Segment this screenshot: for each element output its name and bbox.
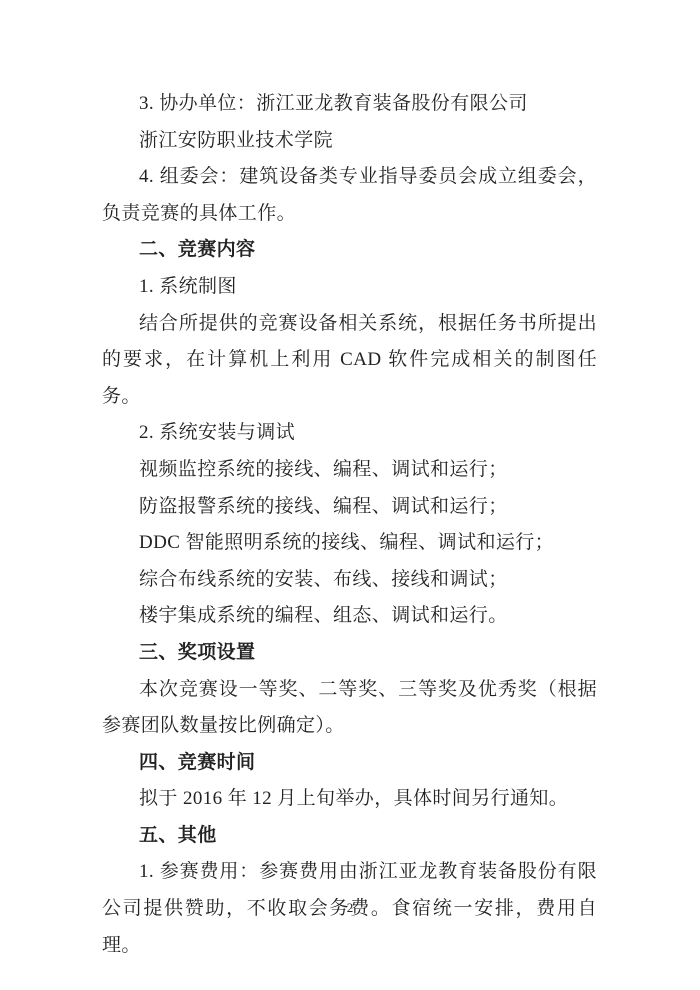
body-paragraph: 2. 系统安装与调试 <box>102 415 597 452</box>
body-paragraph: 综合布线系统的安装、布线、接线和调试； <box>102 562 597 599</box>
body-paragraph: 4. 组委会：建筑设备类专业指导委员会成立组委会，负责竞赛的具体工作。 <box>102 159 597 232</box>
body-paragraph: 视频监控系统的接线、编程、调试和运行； <box>102 452 597 489</box>
section-heading: 二、竞赛内容 <box>102 232 597 269</box>
body-paragraph: 防盗报警系统的接线、编程、调试和运行； <box>102 489 597 526</box>
body-paragraph: 楼宇集成系统的编程、组态、调试和运行。 <box>102 598 597 635</box>
document-body: 3. 协办单位：浙江亚龙教育装备股份有限公司浙江安防职业技术学院4. 组委会：建… <box>102 86 597 964</box>
section-heading: 三、奖项设置 <box>102 635 597 672</box>
body-paragraph: 3. 协办单位：浙江亚龙教育装备股份有限公司 <box>102 86 597 123</box>
body-paragraph: 1. 系统制图 <box>102 269 597 306</box>
body-paragraph: 本次竞赛设一等奖、二等奖、三等奖及优秀奖（根据参赛团队数量按比例确定）。 <box>102 672 597 745</box>
document-page: 3. 协办单位：浙江亚龙教育装备股份有限公司浙江安防职业技术学院4. 组委会：建… <box>0 0 700 990</box>
section-heading: 四、竞赛时间 <box>102 745 597 782</box>
section-heading: 五、其他 <box>102 818 597 855</box>
body-paragraph: 拟于 2016 年 12 月上旬举办，具体时间另行通知。 <box>102 781 597 818</box>
body-paragraph: 结合所提供的竞赛设备相关系统，根据任务书所提出的要求，在计算机上利用 CAD 软… <box>102 306 597 416</box>
body-paragraph: 浙江安防职业技术学院 <box>102 123 597 160</box>
page-number: 2 <box>0 899 700 917</box>
body-paragraph: DDC 智能照明系统的接线、编程、调试和运行； <box>102 525 597 562</box>
